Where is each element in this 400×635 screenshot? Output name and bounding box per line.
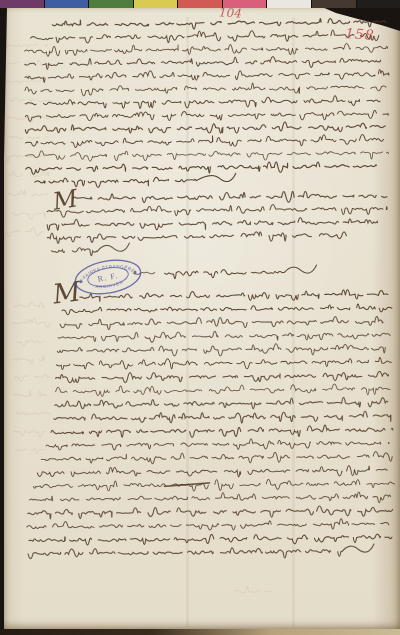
stamp-rf-text: R. F. [97, 271, 119, 284]
handwriting-line-paragraph-3 [46, 438, 389, 451]
handwriting-line-paragraph-2 [47, 217, 377, 231]
bleed-through-line [234, 586, 270, 593]
handwriting-svg [0, 0, 400, 635]
handwriting-layer [0, 0, 400, 635]
handwriting-line-paragraph-1 [25, 95, 380, 109]
bleed-through-line [14, 374, 50, 381]
handwriting-line-paragraph-1 [25, 82, 386, 97]
bleed-through-line [12, 318, 50, 328]
handwriting-line-paragraph-3 [55, 370, 388, 383]
handwriting-line-paragraph-1 [25, 121, 385, 135]
handwriting-line-date-heading [165, 265, 317, 279]
bleed-through-line [8, 190, 48, 196]
handwriting-line-paragraph-3 [62, 304, 392, 315]
handwriting-line-paragraph-3 [30, 491, 391, 506]
handwriting-line-paragraph-3 [37, 465, 387, 479]
bleed-through-line [5, 80, 40, 83]
handwriting-line-paragraph-3 [56, 357, 391, 371]
handwriting-line-paragraph-2 [73, 191, 387, 204]
strikethrough-mark [164, 483, 209, 486]
handwriting-line-paragraph-3 [28, 505, 393, 519]
handwriting-line-paragraph-3 [56, 384, 390, 398]
bleed-through-line [16, 340, 44, 346]
handwriting-line-paragraph-3 [58, 330, 390, 343]
handwriting-line-paragraph-3 [33, 478, 394, 492]
handwriting-line-paragraph-1 [25, 69, 389, 83]
handwriting-line-paragraph-3 [28, 544, 374, 560]
handwriting-line-paragraph-2 [47, 231, 346, 244]
bleed-through-line [12, 356, 44, 364]
handwriting-line-paragraph-1 [26, 148, 389, 162]
handwriting-line-paragraph-3 [51, 424, 393, 438]
bleed-through-line [10, 97, 53, 102]
bleed-through-line [9, 170, 49, 177]
red-folio-number: 158 [345, 27, 376, 43]
manuscript-photo: M M 104 158 AFFAIRES ÉTRANGÈRES ARCHIVES… [0, 0, 400, 635]
handwriting-line-paragraph-3 [29, 533, 392, 546]
bleed-through-line [15, 447, 43, 453]
handwriting-line-paragraph-1 [31, 30, 379, 44]
handwriting-line-paragraph-1 [25, 56, 381, 70]
bleed-through-line [9, 136, 48, 139]
handwriting-line-paragraph-1 [25, 134, 383, 148]
handwriting-line-paragraph-3 [41, 451, 392, 464]
handwriting-line-paragraph-3 [60, 316, 383, 330]
bleed-through-line [14, 303, 45, 308]
bleed-through-line [7, 228, 43, 237]
handwriting-line-paragraph-1 [25, 110, 388, 123]
handwriting-line-paragraph-3 [57, 343, 385, 358]
red-folio-number-top: 104 [219, 6, 243, 19]
bleed-through-line [6, 44, 48, 47]
bleed-through-line [16, 412, 50, 415]
handwriting-line-paragraph-2 [47, 204, 387, 218]
handwriting-line-paragraph-3 [54, 411, 391, 425]
bleed-through-line [14, 390, 47, 397]
handwriting-line-paragraph-1 [25, 43, 388, 57]
bleed-through-line [11, 213, 45, 220]
bleed-through-line [13, 430, 45, 437]
paragraph-initial: M [51, 186, 79, 214]
handwriting-line-paragraph-3 [27, 518, 389, 531]
handwriting-line-paragraph-3 [55, 397, 388, 410]
handwriting-line-paragraph-1 [26, 161, 377, 175]
